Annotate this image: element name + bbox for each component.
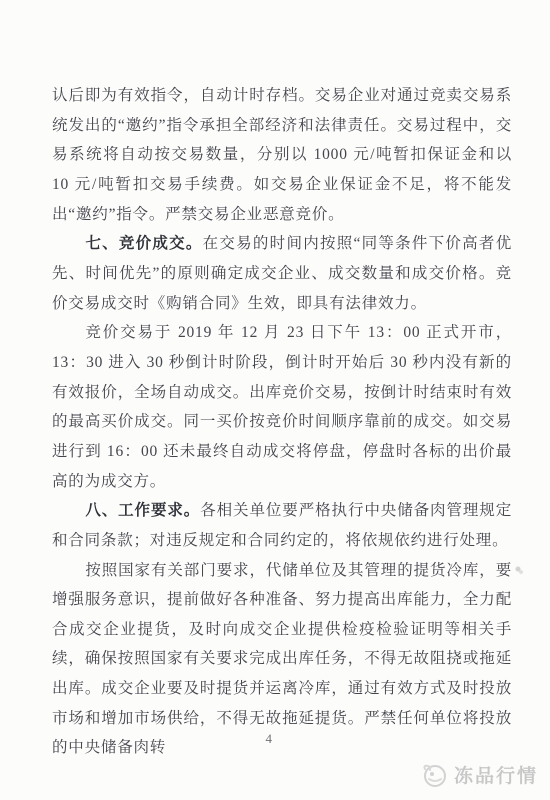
- penguin-logo-icon: [421, 763, 447, 787]
- paragraph-section-eight: 八、工作要求。各相关单位要严格执行中央储备肉管理规定和合同条款；对违反规定和合同…: [52, 496, 512, 555]
- page-number: 4: [0, 731, 544, 747]
- paragraph-text: 认后即为有效指令，自动计时存档。交易企业对通过竞卖交易系统发出的“邀约”指令承担…: [52, 87, 512, 223]
- paragraph-auction-schedule: 竞价交易于 2019 年 12 月 23 日下午 13：00 正式开市，13：3…: [52, 318, 512, 496]
- section-eight-heading: 八、工作要求。: [85, 502, 200, 519]
- document-body: 认后即为有效指令，自动计时存档。交易企业对通过竞卖交易系统发出的“邀约”指令承担…: [52, 81, 512, 763]
- scan-artifact: [514, 565, 524, 575]
- paragraph-text: 按照国家有关部门要求，代储单位及其管理的提货冷库，要增强服务意识，提前做好各种准…: [52, 562, 512, 757]
- scanned-document-page: 认后即为有效指令，自动计时存档。交易企业对通过竞卖交易系统发出的“邀约”指令承担…: [0, 0, 550, 800]
- watermark: 冻品行情: [421, 761, 538, 788]
- watermark-label: 冻品行情: [454, 761, 538, 788]
- section-seven-heading: 七、竞价成交。: [85, 235, 202, 252]
- paragraph-section-seven: 七、竞价成交。在交易的时间内按照“同等条件下价高者优先、时间优先”的原则确定成交…: [52, 229, 512, 318]
- paragraph-continuation: 认后即为有效指令，自动计时存档。交易企业对通过竞卖交易系统发出的“邀约”指令承担…: [52, 81, 512, 229]
- paragraph-text: 竞价交易于 2019 年 12 月 23 日下午 13：00 正式开市，13：3…: [52, 324, 512, 489]
